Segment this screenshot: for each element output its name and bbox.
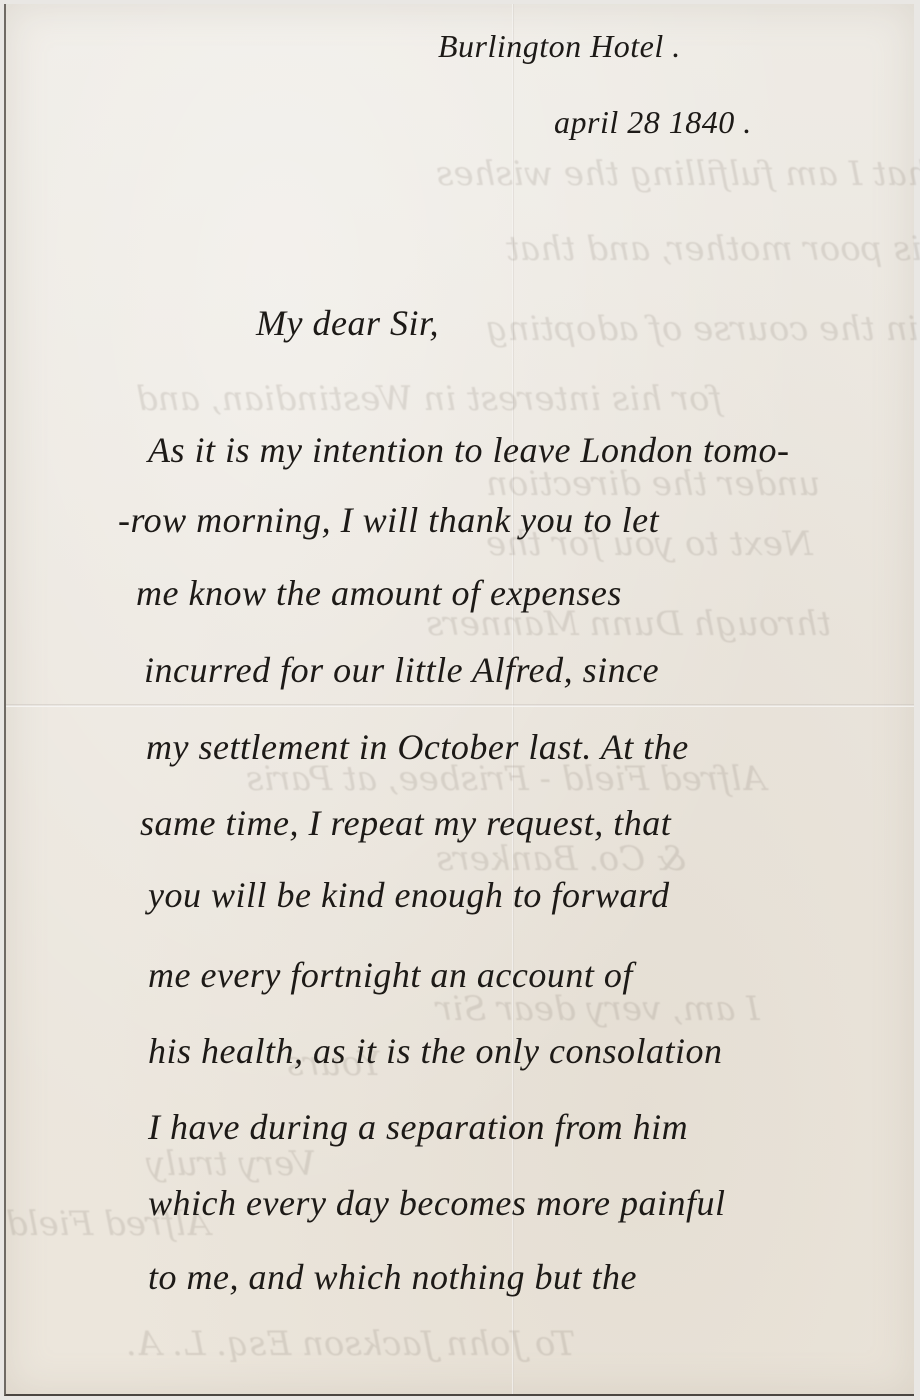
bleed-through-line: To John Jackson Esq. L. A.: [126, 1324, 575, 1364]
letter-body-line: -row morning, I will thank you to let: [118, 499, 659, 541]
letter-body-line: you will be kind enough to forward: [148, 874, 670, 916]
letter-body-line: As it is my intention to leave London to…: [148, 429, 789, 471]
bleed-through-line: for his interest in Westindian, and: [136, 379, 722, 419]
letter-body-line: I have during a separation from him: [148, 1106, 688, 1148]
letter-body-line: my settlement in October last. At the: [146, 726, 689, 768]
letter-body-line: which every day becomes more painful: [148, 1182, 726, 1224]
letter-location: Burlington Hotel .: [438, 28, 681, 65]
horizontal-fold-crease: [6, 704, 914, 707]
letter-body-line: incurred for our little Alfred, since: [144, 649, 659, 691]
letter-page: also that I am fulfilling the wishes of …: [4, 4, 914, 1396]
letter-salutation: My dear Sir,: [256, 302, 439, 344]
letter-body-line: to me, and which nothing but the: [148, 1256, 637, 1298]
letter-body-line: me every fortnight an account of: [148, 954, 633, 996]
bleed-through-line: also that I am fulfilling the wishes: [436, 154, 920, 194]
letter-date: april 28 1840 .: [554, 104, 752, 141]
letter-body-line: same time, I repeat my request, that: [140, 802, 671, 844]
bleed-through-line: & Co. Bankers: [436, 839, 686, 879]
bleed-through-line: Very truly: [146, 1144, 316, 1184]
letter-body-line: me know the amount of expenses: [136, 572, 622, 614]
letter-body-line: his health, as it is the only consolatio…: [148, 1030, 722, 1072]
bleed-through-line: I am in the course of adopting: [486, 309, 920, 349]
bleed-through-line: of his poor mother, and that: [506, 229, 920, 269]
